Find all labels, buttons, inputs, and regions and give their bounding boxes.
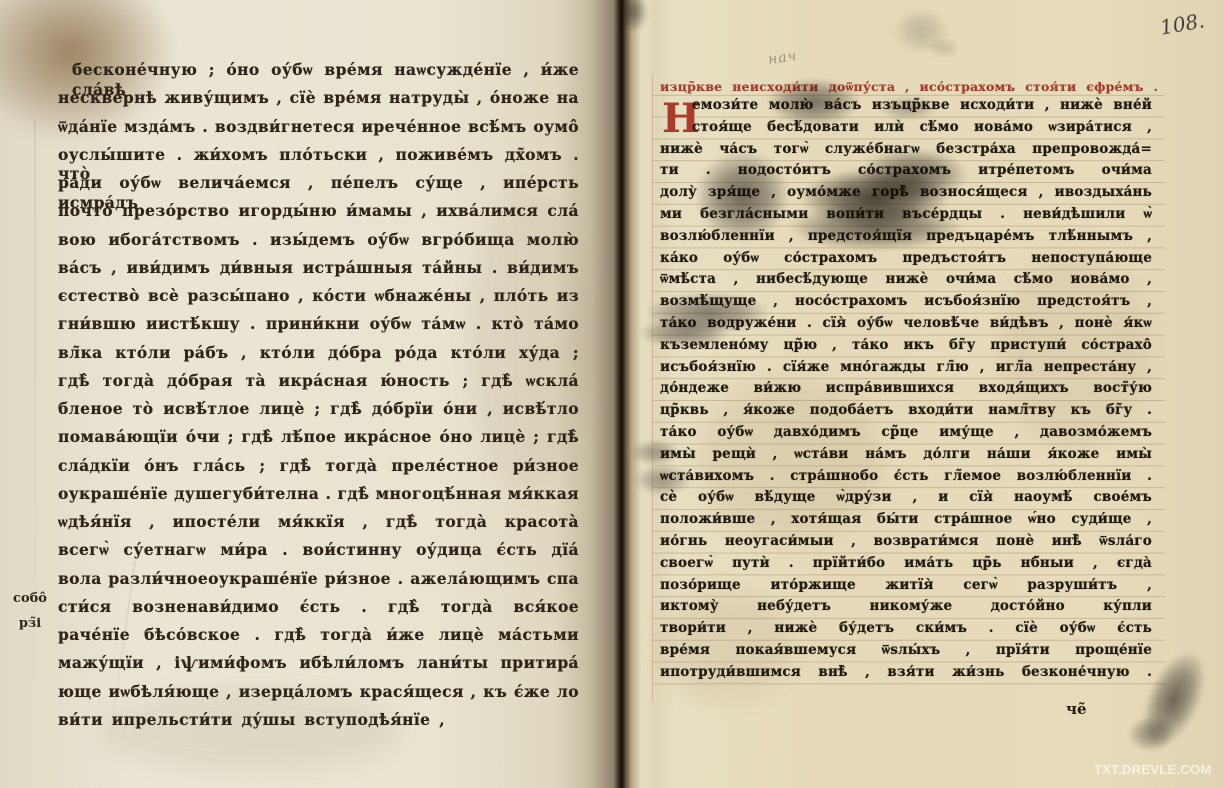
text-line: гни́вшю иистѣ́кшу . прини́кни оу́бѡ та́м… [58,314,579,342]
text-line: та́ко оу́бѡ давхо́димъ ср̃це иму́ще , да… [660,424,1152,446]
ink-blot [630,440,680,465]
text-line: ка́ко оу́бѡ со́страхомъ предъстоя́тъ неп… [660,250,1152,272]
text-line: ва́съ , иви́димъ ди́вныя истра́шныя та́й… [58,258,579,286]
text-line: сла́дкїи о́нъ гла́сь ; гдѣ̀ тогда̀ преле… [58,456,579,484]
text-line: своегѡ̀ путѝ . прїйти́бо има́ть цр̃ь нб̃… [660,555,1152,577]
text-line: бленое то̀ исвѣ́тлое лицѐ ; гдѣ̀ до́брїи… [58,399,579,427]
text-line: мажу́щїи , іѱими́фомъ ибѣли́ломъ лани́ты… [58,653,579,681]
text-line: оуслы́шите . жи́хомъ пло́тьски , поживе́… [58,145,579,173]
text-line: вола разли́чноеоукраше́нїе ри́зное . аже… [58,569,579,597]
text-line: ра́ди оу́бѡ велича́емся , пе́пелъ су́ще … [58,173,579,201]
watermark: TXT.DREVLE.COM [1094,762,1212,777]
text-line: бесконе́чную ; о́но оу́бѡ вре́мя наѡсужд… [58,60,579,88]
text-line: почто̀ презо́рство игорды́ню и́мамы , их… [58,201,579,229]
text-line: сѐ оу́бѡ вѣ́дуще ѡ̀дру́зи , и сїя̀ наоум… [660,489,1152,511]
margin-note: собо̂ рз̃і [4,586,56,636]
margin-note-line: рз̃і [4,611,56,636]
text-line: къземлено́му цр̃ю , та́ко икъ бг̃у прист… [660,337,1152,359]
text-line: ѡста́вихомъ . стра́шнобо є́сть гл̃емое в… [660,468,1152,490]
chapter-heading: изцр̃кве неисходи́ти доѿпу́ста , исо́стр… [660,79,1158,95]
text-line: иктому̀ небу́детъ никому́же досто́йно ку… [660,598,1152,620]
text-line: исъбоя́знїю . сїя́же мно́гажды гл̃ю , иг… [660,359,1152,381]
text-line: имы̀ рещѝ , ѡста́ви на́мъ до́лги на́ши я… [660,446,1152,468]
ink-blot [695,150,790,242]
text-line: цр̃квь , я́коже подоба́етъ входи́ти намл… [660,402,1152,424]
left-page-text-block: бесконе́чную ; о́но оу́бѡ вре́мя наѡсужд… [58,60,579,738]
text-line: ипотруди́вшимся внѣ̀ , взя́ти жи́знь без… [660,664,1152,686]
ink-blot [634,465,692,495]
text-line: ви́ти ипрельсти́ти ду́шы вступодѣя́нїе , [58,710,579,738]
catchword: че̃ [1066,700,1087,718]
text-line: нескве́рнѣ живу́щимъ , сїѐ вре́мя натруд… [58,88,579,116]
text-line: єстество̀ всѐ разсы́пано , ко́сти ѡбнаже… [58,286,579,314]
ink-blot [638,318,730,348]
text-line: ѿмѣ́ста , нибесѣ́дующе нижѐ очи́ма сѣ́мо… [660,271,1152,293]
text-line: оукраше́нїе душегуби́телна . гдѣ̀ многоц… [58,484,579,512]
ink-blot [766,78,861,126]
text-line: вл̃ка кто́ли ра́бъ , кто́ли до́бра ро́да… [58,343,579,371]
text-line: гдѣ̀ тогда̀ до́брая та̀ икра́сная ю́ност… [58,371,579,399]
margin-note-line: собо̂ [4,586,56,611]
text-line: ѿда́нїе мзда́мъ . воздви́гнетеся ирече́н… [58,117,579,145]
text-line: юще иѡбѣля́юще , изерца́ломъ крася́щеся … [58,682,579,710]
book-scan: бесконе́чную ; о́но оу́бѡ вре́мя наѡсужд… [0,0,1224,788]
text-line: всегѡ̀ су́етнагѡ ми́ра . вои́стинну оу́д… [58,540,579,568]
text-line: твори́ти , нижѐ бу́детъ ски́мъ . сїѐ оу́… [660,620,1152,642]
text-line: сти́ся возненави́димо є́сть . гдѣ̀ тогда… [58,597,579,625]
text-line: до́ндеже ви́жю испра́вившихся входя́щихъ… [660,380,1152,402]
ink-smear [1128,716,1174,752]
ink-blot [788,203,963,251]
text-line: ио́гнь неоугаси́мыи , возврати́мся понѐ … [660,533,1152,555]
ink-blot [858,148,968,203]
text-line: стоя́ще бесѣ́довати илѝ сѣ́мо иова́мо ѡз… [660,119,1152,141]
text-line: ѡдѣя́нїя , ипосте́ли мя́ккїя , гдѣ̀ тогд… [58,512,579,540]
text-line: помава́ющїи о́чи ; гдѣ̀ лѣ́пое икра́сное… [58,427,579,455]
text-line: вре́мя покая́вшемуся ѿѕлы́хъ , прїя́ти п… [660,642,1152,664]
ink-blot [878,96,938,120]
text-line: положи́вше , хотя́щая бы́ти стра́шное ѡ́… [660,511,1152,533]
text-line: позо́рище ито́ржище житїя̀ сегѡ̀ разруши… [660,577,1152,599]
ink-smudge [928,38,960,58]
text-line: раче́нїе бѣсо́вское . гдѣ̀ тогда̀ и́же л… [58,625,579,653]
text-line: вою ибога́тствомъ . изы́демъ оу́бѡ вгро́… [58,230,579,258]
